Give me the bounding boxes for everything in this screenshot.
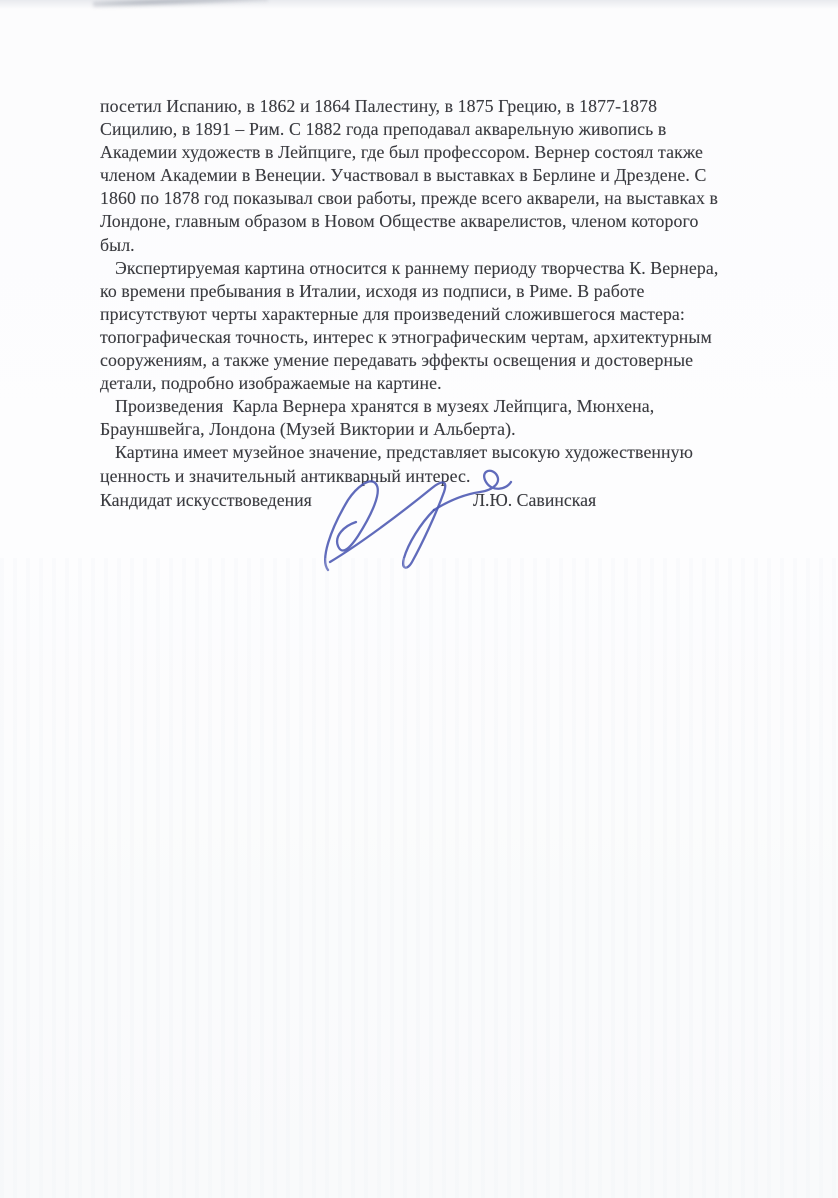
text-line: Сицилию, в 1891 – Рим. С 1882 года препо…: [100, 118, 780, 141]
text-line: сооружениям, а также умение передавать э…: [100, 349, 780, 372]
text-line: членом Академии в Венеции. Участвовал в …: [100, 164, 780, 187]
text-line: ко времени пребывания в Италии, исходя и…: [100, 280, 780, 303]
signer-title: Кандидат искусствоведения: [100, 489, 312, 512]
scan-artifact-smudge: [93, 0, 268, 9]
text-line: Экспертируемая картина относится к ранне…: [100, 257, 780, 280]
text-line: посетил Испанию, в 1862 и 1864 Палестину…: [100, 95, 780, 118]
text-line: присутствуют черты характерные для произ…: [100, 303, 780, 326]
text-line: был.: [100, 234, 780, 257]
text-line: топографическая точность, интерес к этно…: [100, 326, 780, 349]
paragraph: Экспертируемая картина относится к ранне…: [100, 257, 780, 396]
text-line: Брауншвейга, Лондона (Музей Виктории и А…: [100, 418, 780, 441]
text-line: Лондоне, главным образом в Новом Обществ…: [100, 210, 780, 233]
handwritten-signature-icon: [300, 452, 530, 587]
paragraph: посетил Испанию, в 1862 и 1864 Палестину…: [100, 95, 780, 257]
text-line: 1860 по 1878 год показывал свои работы, …: [100, 187, 780, 210]
text-line: Академии художеств в Лейпциге, где был п…: [100, 141, 780, 164]
document-text-block: посетил Испанию, в 1862 и 1864 Палестину…: [100, 95, 780, 488]
paragraph: Произведения Карла Вернера хранятся в му…: [100, 395, 780, 441]
scanned-document-page: посетил Испанию, в 1862 и 1864 Палестину…: [0, 0, 838, 1198]
text-line: детали, подробно изображаемые на картине…: [100, 372, 780, 395]
text-line: Произведения Карла Вернера хранятся в му…: [100, 395, 780, 418]
